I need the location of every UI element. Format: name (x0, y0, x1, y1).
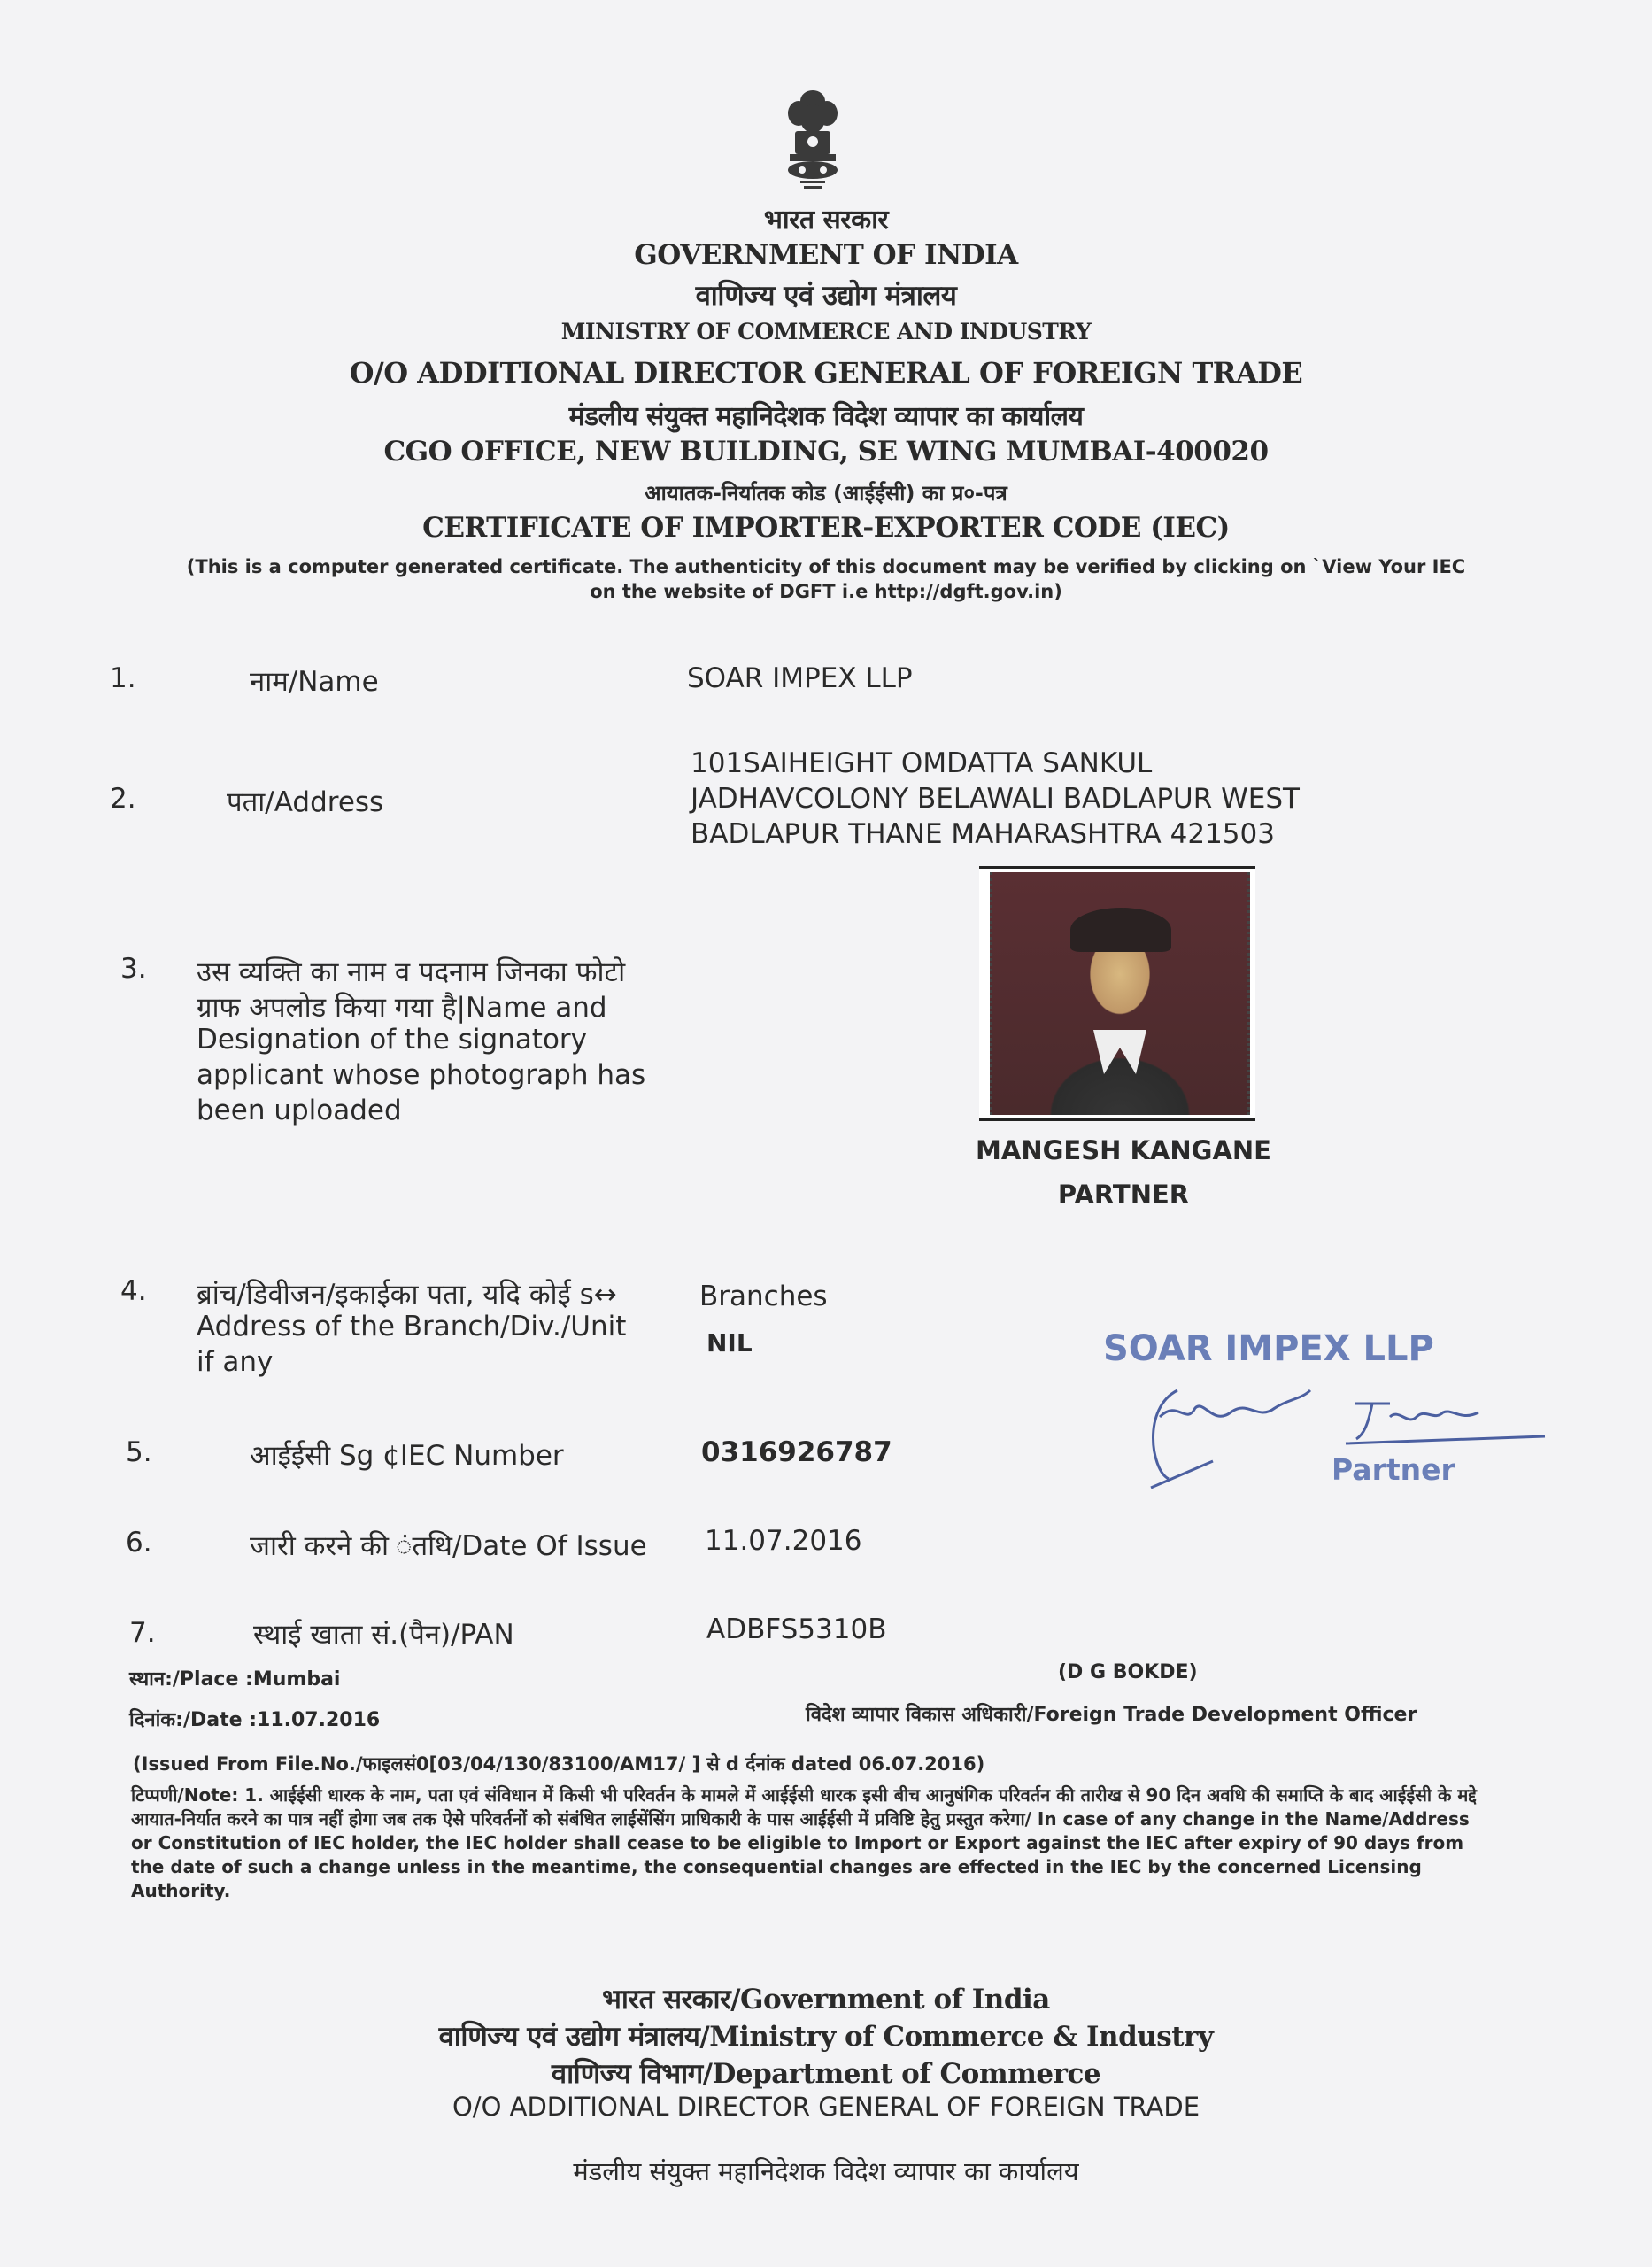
office-english-heading: O/O ADDITIONAL DIRECTOR GENERAL OF FOREI… (0, 356, 1652, 390)
footer-department: वाणिज्य विभाग/Department of Commerce (0, 2054, 1652, 2092)
office-address-heading: CGO OFFICE, NEW BUILDING, SE WING MUMBAI… (0, 436, 1652, 468)
issue-date: 11.07.2016 (705, 1525, 862, 1557)
signatory-label-line-5: been uploaded (197, 1095, 402, 1126)
footer-ministry: वाणिज्य एवं उद्योग मंत्रालय/Ministry of … (0, 2017, 1652, 2054)
footer-office-hindi: मंडलीय संयुक्त महानिदेशक विदेश व्यापार क… (0, 2154, 1652, 2188)
signatory-label-line-1: उस व्यक्ति का नाम व पदनाम जिनका फोटो (197, 953, 625, 990)
signatory-label-line-2: ग्राफ अपलोड किया गया है|Name and (197, 988, 607, 1025)
officer-title: विदेश व्यापार विकास अधिकारी/Foreign Trad… (806, 1700, 1417, 1727)
field-value: SOAR IMPEX LLP (687, 662, 913, 694)
branch-label-line-1: ब्रांच/डिवीजन/इकाईका पता, यदि कोई s↔ (197, 1275, 617, 1312)
place: स्थान:/Place :Mumbai (129, 1665, 340, 1691)
field-number: 2. (110, 783, 136, 815)
branch-value: NIL (706, 1328, 753, 1358)
ministry-hindi-heading: वाणिज्य एवं उद्योग मंत्रालय (0, 276, 1652, 313)
office-hindi-heading: मंडलीय संयुक्त महानिदेशक विदेश व्यापार क… (0, 397, 1652, 433)
officer-name: (D G BOKDE) (1058, 1661, 1198, 1683)
field-label: आईईसी Sg ¢IEC Number (250, 1436, 564, 1474)
field-number: 3. (120, 953, 147, 985)
gov-hindi-heading: भारत सरकार (0, 200, 1652, 236)
field-label: जारी करने की ंतथि/Date Of Issue (250, 1527, 647, 1564)
authenticity-note-line1: (This is a computer generated certificat… (0, 556, 1652, 577)
issued-from-file: (Issued From File.No./फाइलसं0[03/04/130/… (133, 1752, 984, 1776)
field-number: 5. (126, 1436, 152, 1468)
certificate-hindi-title: आयातक-निर्यातक कोड (आईईसी) का प्र०-पत्र (0, 478, 1652, 507)
signatory-name: MANGESH KANGANE (970, 1135, 1277, 1165)
field-number: 7. (129, 1617, 156, 1649)
partner-stamp: Partner (1332, 1452, 1455, 1487)
change-note: टिप्पणी/Note: 1. आईईसी धारक के नाम, पता … (131, 1783, 1494, 1903)
branch-label-line-2: Address of the Branch/Div./Unit (197, 1311, 626, 1342)
address-line-1: 101SAIHEIGHT OMDATTA SANKUL (691, 747, 1152, 779)
applicant-photo (979, 866, 1255, 1121)
branch-heading: Branches (699, 1281, 828, 1312)
signatory-label-line-3: Designation of the signatory (197, 1024, 587, 1056)
field-label: पता/Address (227, 783, 383, 820)
footer-office-english: O/O ADDITIONAL DIRECTOR GENERAL OF FOREI… (0, 2092, 1652, 2122)
field-number: 6. (126, 1527, 152, 1559)
signatory-label-line-4: applicant whose photograph has (197, 1059, 645, 1091)
date: दिनांक:/Date :11.07.2016 (129, 1706, 380, 1732)
gov-english-heading: GOVERNMENT OF INDIA (0, 239, 1652, 271)
certificate-title: CERTIFICATE OF IMPORTER-EXPORTER CODE (I… (0, 512, 1652, 544)
branch-label-line-3: if any (197, 1346, 273, 1378)
address-line-2: JADHAVCOLONY BELAWALI BADLAPUR WEST (691, 783, 1300, 815)
field-label: स्थाई खाता सं.(पैन)/PAN (253, 1615, 514, 1652)
field-number: 4. (120, 1275, 147, 1307)
field-label: नाम/Name (250, 662, 379, 700)
iec-number: 0316926787 (701, 1436, 892, 1468)
address-line-3: BADLAPUR THANE MAHARASHTRA 421503 (691, 818, 1275, 850)
company-stamp: SOAR IMPEX LLP (1103, 1328, 1434, 1369)
pan-number: ADBFS5310B (706, 1613, 886, 1645)
authenticity-note-line2: on the website of DGFT i.e http://dgft.g… (0, 581, 1652, 602)
signatory-designation: PARTNER (970, 1180, 1277, 1210)
footer-gov: भारत सरकार/Government of India (0, 1980, 1652, 2017)
ministry-english-heading: MINISTRY OF COMMERCE AND INDUSTRY (0, 319, 1652, 344)
state-emblem-icon (768, 89, 857, 193)
field-number: 1. (110, 662, 136, 694)
